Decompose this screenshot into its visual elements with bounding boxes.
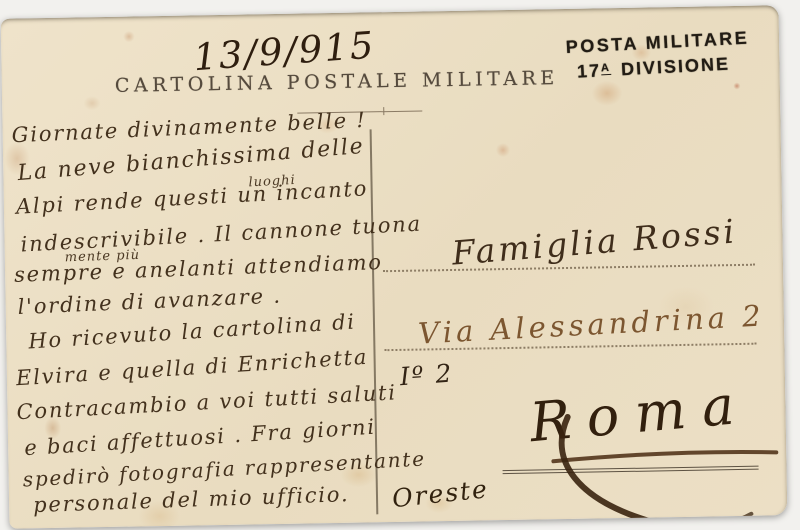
address-recipient: Famiglia Rossi (451, 211, 739, 272)
military-postmark-stamp: POSTA MILITARE 17A DIVISIONE (565, 28, 751, 84)
stamp-division-number: 17 (577, 60, 602, 81)
sender-signature: Oreste (391, 474, 490, 513)
stamp-line-2: 17A DIVISIONE (577, 53, 752, 83)
address-city: Roma (527, 372, 752, 454)
stamp-division-superscript: A (601, 63, 612, 76)
address-dotted-line-1 (383, 264, 755, 272)
message-line: Alpi rende questi un incanto (15, 176, 368, 218)
address-interno: Iº 2 (399, 359, 454, 392)
message-insertion-word: luoghi (248, 173, 296, 190)
printed-rule-tick (383, 107, 384, 115)
message-line: l'ordine di avanzare . (17, 284, 282, 320)
message-line: Elvira e quella di Enrichetta (15, 345, 369, 390)
address-printed-line-3 (503, 466, 759, 474)
postcard-scan: CARTOLINA POSTALE MILITARE 13/9/915 POST… (1, 5, 788, 529)
postcard-printed-title: CARTOLINA POSTALE MILITARE (107, 67, 567, 97)
stamp-division-word: DIVISIONE (621, 54, 731, 80)
